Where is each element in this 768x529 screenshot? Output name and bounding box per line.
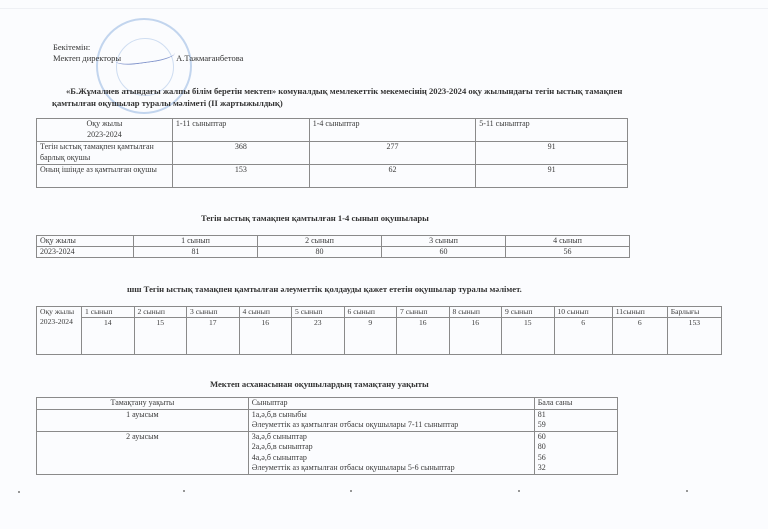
header-cell: 1 сынып: [82, 307, 135, 318]
header-cell: 11сынып: [612, 307, 667, 318]
cell-value: 80: [258, 247, 382, 258]
cell-value: 9: [344, 318, 397, 355]
header-cell: 3 сынып: [187, 307, 240, 318]
table-row: 1 ауысым 1а,ә,б,в сыныбы Әлеуметтік аз қ…: [37, 409, 618, 431]
year-label: Оқу жылы: [37, 236, 134, 247]
shift-name: 1 ауысым: [37, 409, 249, 431]
header-cell: Оқу жылы 2023-2024: [37, 119, 173, 142]
class-item: 1а,ә,б,в сыныбы: [252, 410, 531, 421]
header-cell: 7 сынып: [397, 307, 450, 318]
header-cell: 5-11 сыныптар: [476, 119, 628, 142]
cell-value: 14: [82, 318, 135, 355]
class-list: 1а,ә,б,в сыныбы Әлеуметтік аз қамтылған …: [248, 409, 534, 431]
cell-value: 15: [502, 318, 555, 355]
cell-value: 153: [172, 165, 309, 188]
table2-caption: Тегін ыстық тамақпен қамтылған 1-4 сынып…: [201, 213, 429, 223]
count-item: 81: [538, 410, 614, 421]
row-label: Тегін ыстық тамақпен қамтылған барлық оқ…: [37, 142, 173, 165]
scan-speck: [183, 490, 185, 492]
social-support-table: Оқу жылы 2023-2024 1 сынып 2 сынып 3 сын…: [36, 306, 722, 355]
header-cell: 6 сынып: [344, 307, 397, 318]
count-list: 81 59: [534, 409, 617, 431]
table-header-row: Оқу жылы 1 сынып 2 сынып 3 сынып 4 сынып: [37, 236, 630, 247]
header-cell: 2 сынып: [134, 307, 187, 318]
table-row: 14 15 17 16 23 9 16 16 15 6 6 153: [37, 318, 722, 355]
class-item: 2а,ә,б,в сыныптар: [252, 442, 531, 453]
header-cell: 8 сынып: [449, 307, 502, 318]
header-cell: 1-4 сыныптар: [309, 119, 476, 142]
row-label: Оның ішінде аз қамтылған оқушы: [37, 165, 173, 188]
document-title: «Б.Жұмалиев атындағы жалпы білім беретін…: [52, 85, 732, 109]
cell-value: 17: [187, 318, 240, 355]
table-row: 2 ауысым 3а,ә,б сыныптар 2а,ә,б,в сыныпт…: [37, 431, 618, 474]
header-cell: 4 сынып: [506, 236, 630, 247]
cell-value: 62: [309, 165, 476, 188]
table3-caption: шш Тегін ыстық тамақпен қамтылған әлеуме…: [127, 284, 522, 294]
cell-value: 15: [134, 318, 187, 355]
cell-value: 153: [667, 318, 721, 355]
scan-speck: [18, 491, 20, 493]
cell-value: 16: [397, 318, 450, 355]
header-cell: Тамақтану уақыты: [37, 398, 249, 410]
table-row: Оның ішінде аз қамтылған оқушы 153 62 91: [37, 165, 628, 188]
director-name: А.Тажмағанбетова: [176, 53, 243, 64]
year-value: 2023-2024: [37, 247, 134, 258]
header-cell: 5 сынып: [292, 307, 345, 318]
shift-name: 2 ауысым: [37, 431, 249, 474]
header-cell: 4 сынып: [239, 307, 292, 318]
count-item: 59: [538, 420, 614, 431]
grades-1-4-table: Оқу жылы 1 сынып 2 сынып 3 сынып 4 сынып…: [36, 235, 630, 258]
class-list: 3а,ә,б сыныптар 2а,ә,б,в сыныптар 4а,ә,б…: [248, 431, 534, 474]
table-row: Тегін ыстық тамақпен қамтылған барлық оқ…: [37, 142, 628, 165]
count-item: 60: [538, 432, 614, 443]
scan-speck: [518, 490, 520, 492]
cell-value: 91: [476, 165, 628, 188]
cell-value: 56: [506, 247, 630, 258]
cell-value: 91: [476, 142, 628, 165]
header-cell: 3 сынып: [382, 236, 506, 247]
meal-schedule-table: Тамақтану уақыты Сыныптар Бала саны 1 ау…: [36, 397, 618, 475]
table-header-row: Тамақтану уақыты Сыныптар Бала саны: [37, 398, 618, 410]
scan-speck: [350, 490, 352, 492]
page-top-edge: [0, 8, 768, 9]
header-cell: 10 сынып: [554, 307, 612, 318]
header-cell: Бала саны: [534, 398, 617, 410]
header-cell: Барлығы: [667, 307, 721, 318]
class-item: 4а,ә,б сыныптар: [252, 453, 531, 464]
summary-table: Оқу жылы 2023-2024 1-11 сыныптар 1-4 сын…: [36, 118, 628, 188]
class-item: Әлеуметтік аз қамтылған отбасы оқушылары…: [252, 420, 531, 431]
table4-caption: Мектеп асханасынан оқушылардың тамақтану…: [210, 379, 429, 389]
table-row: 2023-2024 81 80 60 56: [37, 247, 630, 258]
approval-block: Бекітемін: Мектеп директоры А.Тажмағанбе…: [53, 42, 243, 64]
year-label: Оқу жылы 2023-2024: [37, 307, 82, 355]
cell-value: 81: [134, 247, 258, 258]
cell-value: 16: [449, 318, 502, 355]
count-item: 56: [538, 453, 614, 464]
class-item: 3а,ә,б сыныптар: [252, 432, 531, 443]
cell-value: 16: [239, 318, 292, 355]
approval-label: Бекітемін:: [53, 42, 243, 53]
table-header-row: Оқу жылы 2023-2024 1-11 сыныптар 1-4 сын…: [37, 119, 628, 142]
director-role: Мектеп директоры: [53, 53, 121, 64]
class-item: Әлеуметтік аз қамтылған отбасы оқушылары…: [252, 463, 531, 474]
table-header-row: Оқу жылы 2023-2024 1 сынып 2 сынып 3 сын…: [37, 307, 722, 318]
header-cell: Сыныптар: [248, 398, 534, 410]
header-cell: 2 сынып: [258, 236, 382, 247]
title-line-1: «Б.Жұмалиев атындағы жалпы білім беретін…: [52, 85, 732, 97]
header-cell: 9 сынып: [502, 307, 555, 318]
count-item: 80: [538, 442, 614, 453]
cell-value: 6: [612, 318, 667, 355]
cell-value: 277: [309, 142, 476, 165]
title-line-2: қамтылған оқушылар туралы мәліметі (ІІ ж…: [52, 97, 732, 109]
scan-speck: [686, 490, 688, 492]
cell-value: 368: [172, 142, 309, 165]
cell-value: 23: [292, 318, 345, 355]
cell-value: 6: [554, 318, 612, 355]
header-cell: 1 сынып: [134, 236, 258, 247]
count-list: 60 80 56 32: [534, 431, 617, 474]
header-cell: 1-11 сыныптар: [172, 119, 309, 142]
cell-value: 60: [382, 247, 506, 258]
count-item: 32: [538, 463, 614, 474]
